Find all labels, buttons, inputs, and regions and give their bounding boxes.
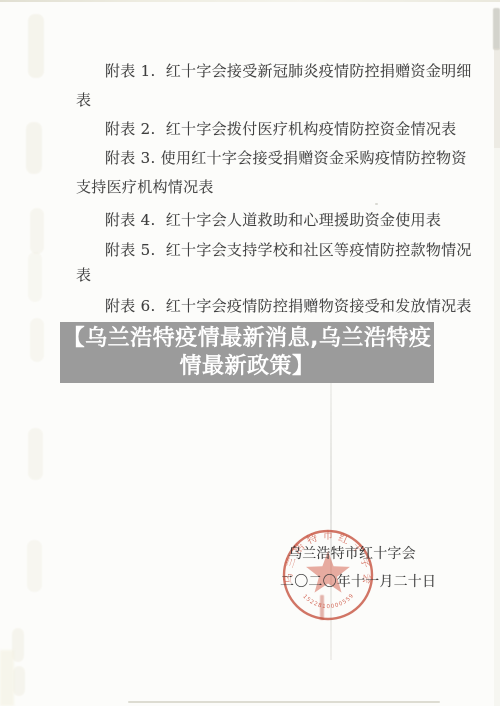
scan-artifact-binding-mark — [28, 252, 42, 302]
scan-artifact-binding-mark — [26, 122, 42, 174]
appendix-line: 附表 2. 红十字会拨付医疗机构疫情防控资金情况表 — [105, 120, 456, 138]
scan-artifact-right-edge — [494, 48, 500, 148]
appendix-line: 表 — [76, 91, 91, 109]
appendix-line: 附表 4. 红十字会人道救助和心理援助资金使用表 — [105, 211, 441, 229]
seal-code-text: 1522810000559 — [301, 593, 355, 610]
appendix-line: 支持医疗机构情况表 — [76, 178, 214, 196]
scan-artifact-right-edge — [493, 8, 500, 50]
signature-date: 二〇二〇年十一月二十日 — [280, 571, 436, 591]
appendix-line: 表 — [76, 266, 91, 284]
document-page: 附表 1. 红十字会接受新冠肺炎疫情防控捐赠资金明细 表 附表 2. 红十字会拨… — [0, 0, 500, 706]
signature-organization: 乌兰浩特市红十字会 — [288, 543, 416, 563]
scan-artifact-top-edge — [0, 0, 500, 2]
scan-artifact-binding-mark — [13, 666, 25, 696]
appendix-line: 附表 1. 红十字会接受新冠肺炎疫情防控捐赠资金明细 — [105, 62, 472, 80]
scan-artifact-corner-patch — [0, 650, 14, 706]
svg-text:1522810000559: 1522810000559 — [301, 593, 355, 610]
appendix-line: 附表 6. 红十字会疫情防控捐赠物资接受和发放情况表 — [105, 297, 472, 315]
scan-artifact-binding-mark — [30, 208, 44, 254]
scan-artifact-binding-mark — [28, 428, 43, 480]
scan-artifact-binding-mark — [28, 14, 44, 78]
headline-line-2: 情最新政策】 — [179, 353, 314, 381]
appendix-line: 附表 5. 红十字会支持学校和社区等疫情防控款物情况 — [105, 241, 472, 259]
headline-line-1: 【乌兰浩特疫情最新消息,乌兰浩特疫 — [63, 325, 432, 353]
scan-artifact-right-edge — [494, 148, 500, 706]
scan-artifact-binding-mark — [27, 540, 42, 592]
headline-banner: 【乌兰浩特疫情最新消息,乌兰浩特疫 情最新政策】 — [60, 322, 434, 383]
scan-artifact-bottom-edge — [128, 701, 440, 703]
appendix-line: 附表 3. 使用红十字会接受捐赠资金采购疫情防控物资 — [105, 149, 467, 167]
scan-artifact-binding-mark — [30, 318, 44, 362]
scan-artifact-binding-mark — [12, 628, 24, 662]
scan-artifact-speck — [375, 203, 378, 205]
